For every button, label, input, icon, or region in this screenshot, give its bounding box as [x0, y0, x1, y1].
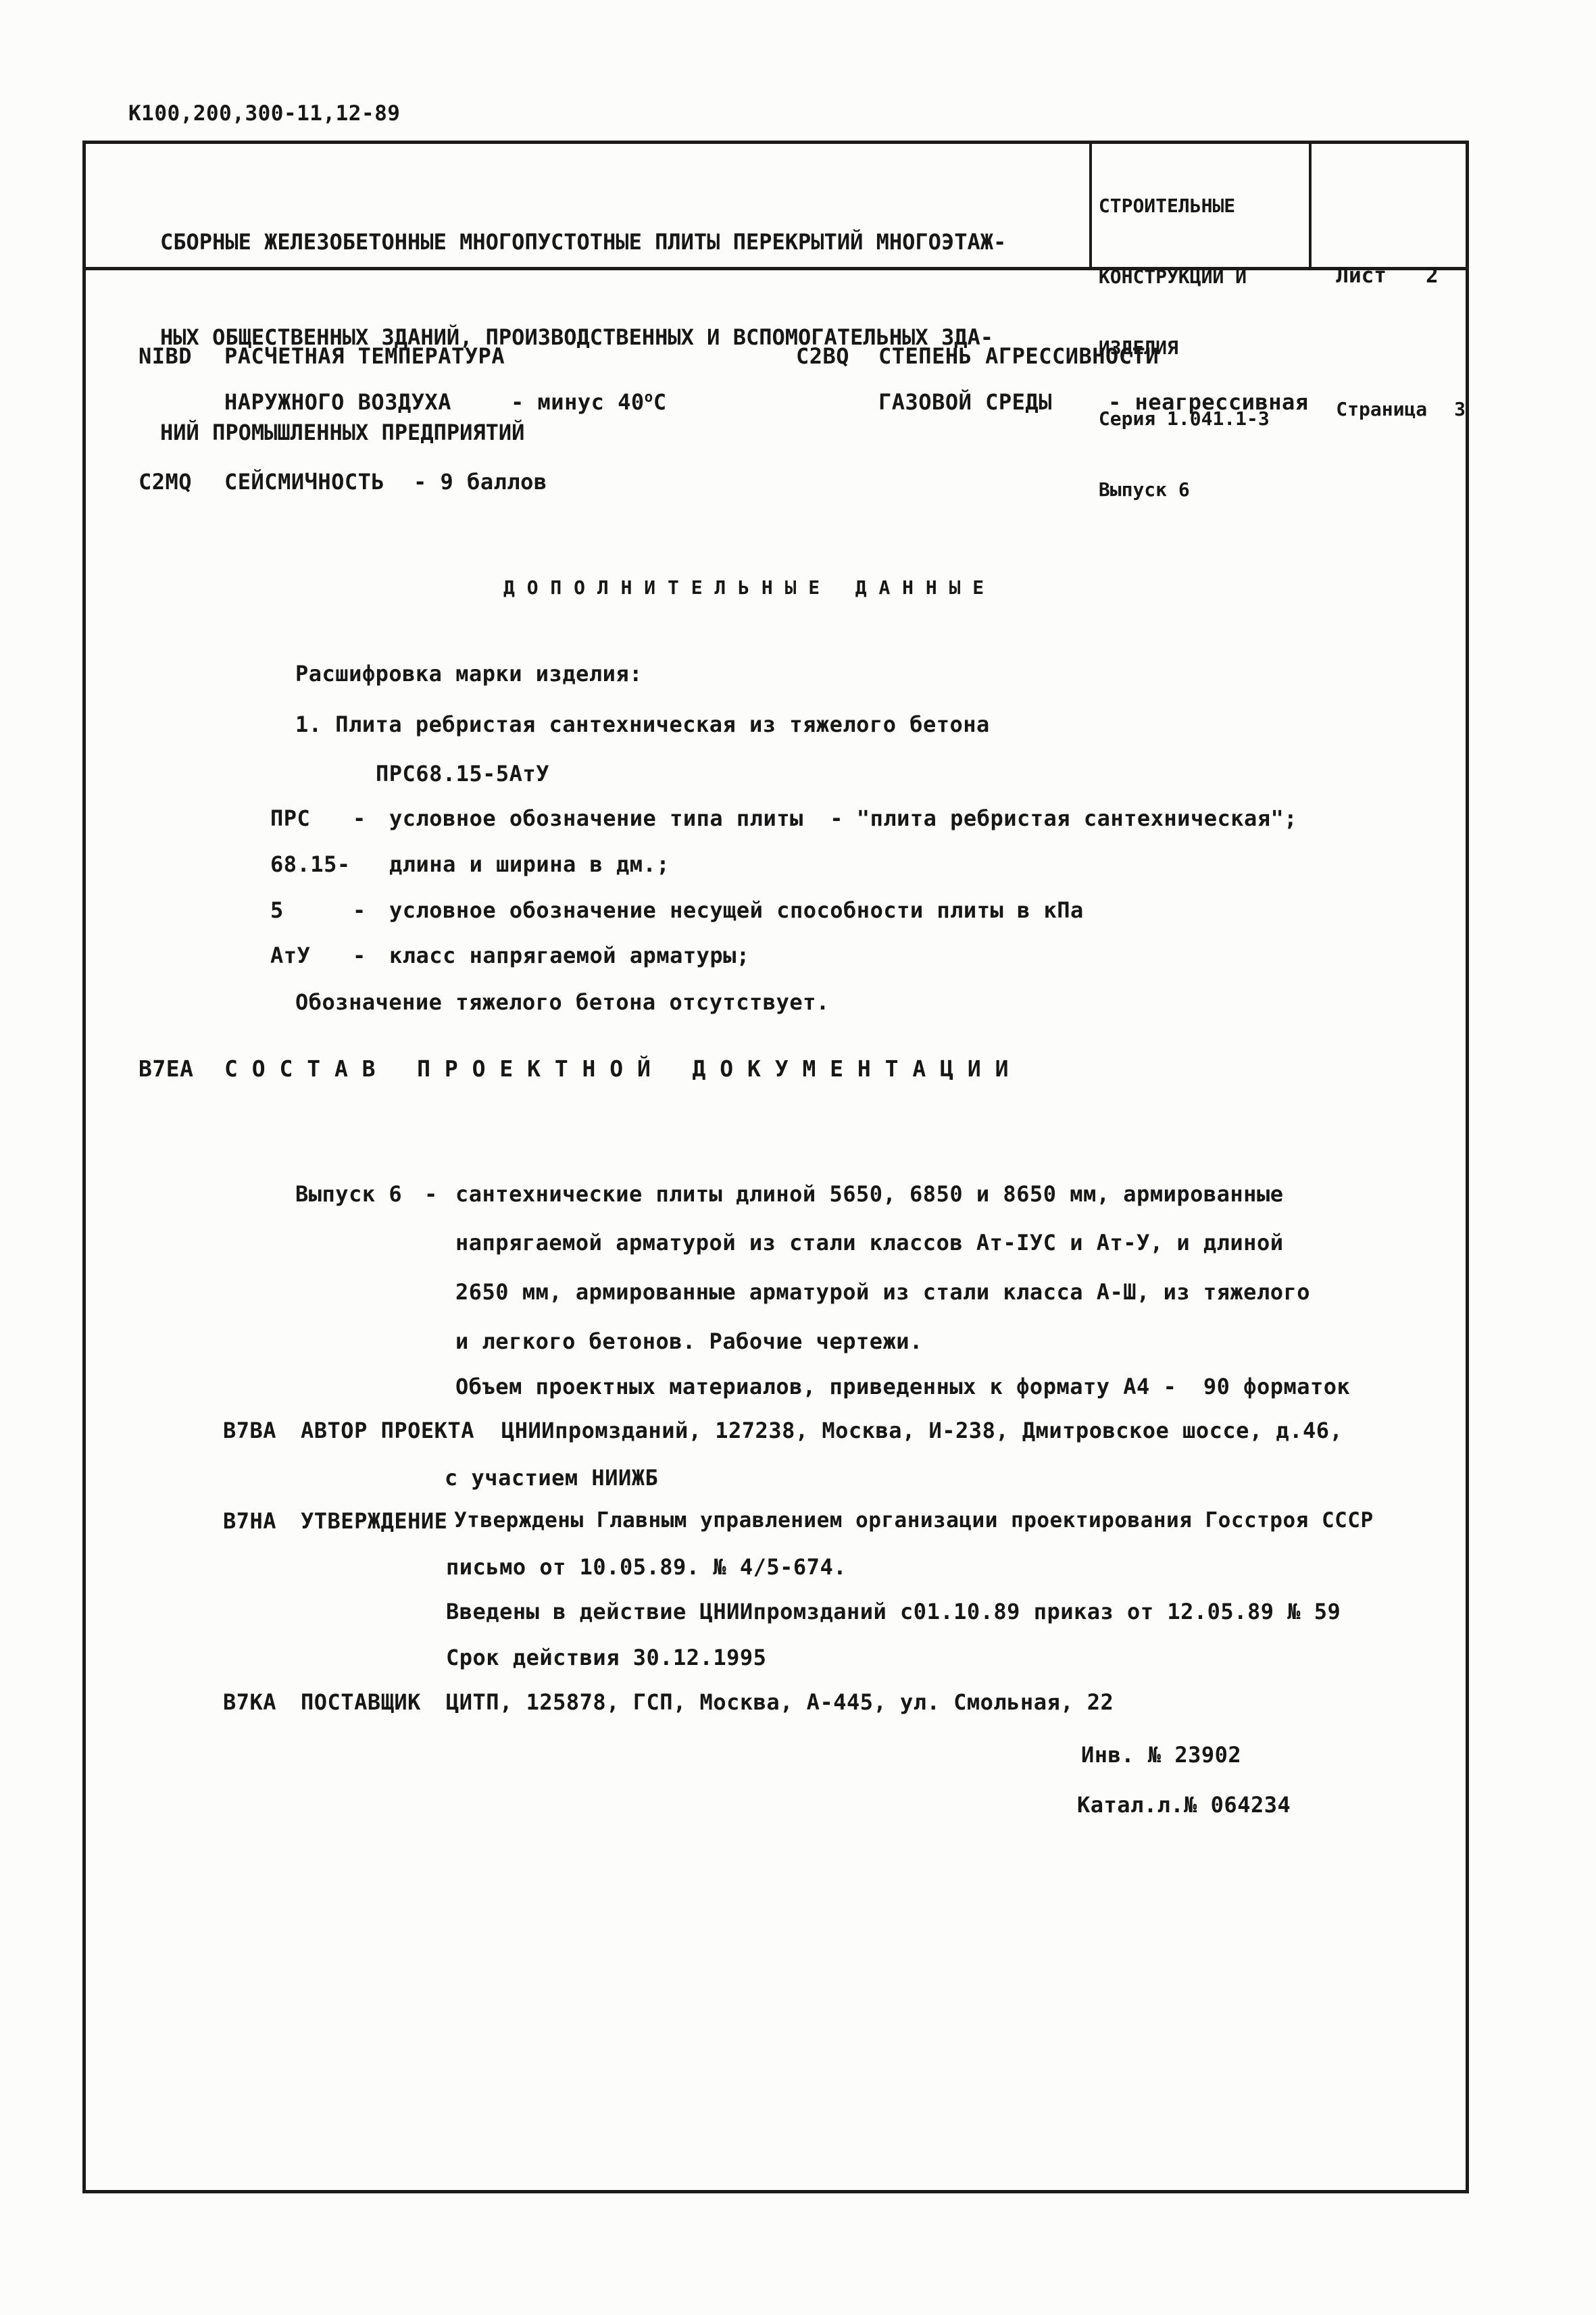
supplier-code: В7КА — [223, 1689, 276, 1715]
param-code-temperature: NIBD — [139, 343, 192, 369]
approval-code: В7НА — [223, 1508, 276, 1534]
def-dash: - — [353, 943, 366, 968]
approval-line: письмо от 10.05.89. № 4/5-674. — [446, 1554, 847, 1580]
author-label: АВТОР ПРОЕКТА — [301, 1418, 474, 1443]
issue-line: Объем проектных материалов, приведенных … — [455, 1374, 1350, 1399]
catalog-number-stamp: Катал.л.№ 064234 — [1077, 1792, 1291, 1818]
issue-term: Выпуск 6 — [295, 1181, 402, 1207]
approval-line: Введены в действие ЦНИИпромзданий с01.10… — [446, 1599, 1341, 1624]
author-line: ЦНИИпромзданий, 127238, Москва, И-238, Д… — [501, 1418, 1343, 1443]
param-seismic-value: - 9 баллов — [414, 469, 547, 495]
header-title-line: НИЙ ПРОМЫШЛЕННЫХ ПРЕДПРИЯТИЙ — [160, 417, 1089, 449]
header-title-cell: СБОРНЫЕ ЖЕЛЕЗОБЕТОННЫЕ МНОГОПУСТОТНЫЕ ПЛ… — [86, 144, 1089, 267]
mark-decoding-intro: Расшифровка марки изделия: — [295, 661, 643, 687]
param-code-seismic: C2MQ — [139, 469, 192, 495]
sheet-number: 2 — [1426, 253, 1439, 298]
param-temperature-name-1: РАСЧЕТНАЯ ТЕМПЕРАТУРА — [224, 343, 505, 369]
author-code: В7ВА — [223, 1418, 276, 1443]
product-mark: ПРС68.15-5АтУ — [376, 761, 549, 787]
param-gas-name-2: ГАЗОВОЙ СРЕДЫ — [878, 389, 1052, 415]
page-label: Страница — [1336, 398, 1427, 420]
param-code-gas: C2BQ — [796, 343, 849, 369]
def-term: ПРС — [270, 805, 310, 831]
classification-line: СТРОИТЕЛЬНЫЕ — [1099, 194, 1309, 218]
composition-heading: С О С Т А В П Р О Е К Т Н О Й Д О К У М … — [224, 1055, 1009, 1082]
issue-dash: - — [424, 1181, 438, 1207]
header-classification-cell: СТРОИТЕЛЬНЫЕ КОНСТРУКЦИИ И ИЗДЕЛИЯ Серия… — [1089, 144, 1309, 267]
classification-line: КОНСТРУКЦИИ И — [1099, 265, 1309, 289]
header-table: СБОРНЫЕ ЖЕЛЕЗОБЕТОННЫЕ МНОГОПУСТОТНЫЕ ПЛ… — [86, 144, 1466, 270]
section-code-composition: В7ЕА — [139, 1055, 193, 1082]
scanned-document-page: К100,200,300-11,12-89 СБОРНЫЕ ЖЕЛЕЗОБЕТО… — [0, 0, 1596, 2315]
supplier-text: ЦИТП, 125878, ГСП, Москва, А-445, ул. См… — [446, 1689, 1114, 1715]
param-gas-name-1: СТЕПЕНЬ АГРЕССИВНОСТИ — [878, 343, 1159, 369]
issue-line: 2650 мм, армированные арматурой из стали… — [455, 1279, 1310, 1305]
supplier-label: ПОСТАВЩИК — [301, 1689, 421, 1715]
issue-line: напрягаемой арматурой из стали классов А… — [455, 1230, 1283, 1255]
header-sheet-cell: Лист2 Страница3 — [1309, 144, 1466, 267]
param-temperature-name-2: НАРУЖНОГО ВОЗДУХА — [224, 389, 451, 415]
sheet-label: Лист — [1336, 264, 1387, 288]
def-term: 68.15- — [270, 851, 351, 877]
additional-data-heading: Д О П О Л Н И Т Е Л Ь Н Ы Е Д А Н Н Ы Е — [503, 576, 984, 599]
def-text: условное обозначение несущей способности… — [389, 897, 1084, 923]
inventory-number-stamp: Инв. № 23902 — [1081, 1742, 1241, 1768]
mark-decoding-item: 1. Плита ребристая сантехническая из тяж… — [295, 712, 990, 737]
author-line: с участием НИИЖБ — [445, 1465, 658, 1491]
degree-superscript: о — [645, 389, 653, 405]
document-frame: СБОРНЫЕ ЖЕЛЕЗОБЕТОННЫЕ МНОГОПУСТОТНЫЕ ПЛ… — [82, 141, 1469, 2193]
issue-line: и легкого бетонов. Рабочие чертежи. — [455, 1328, 923, 1354]
heavy-concrete-note: Обозначение тяжелого бетона отсутствует. — [295, 989, 830, 1015]
page-number: 3 — [1454, 387, 1466, 432]
def-dash: - — [353, 897, 366, 923]
header-title-line: СБОРНЫЕ ЖЕЛЕЗОБЕТОННЫЕ МНОГОПУСТОТНЫЕ ПЛ… — [160, 226, 1089, 258]
issue-line: сантехнические плиты длиной 5650, 6850 и… — [455, 1181, 1283, 1207]
approval-line: Срок действия 30.12.1995 — [446, 1645, 766, 1670]
def-term: АтУ — [270, 943, 310, 968]
param-seismic-name: СЕЙСМИЧНОСТЬ — [224, 469, 384, 495]
issue-label: Выпуск 6 — [1099, 478, 1309, 501]
approval-label: УТВЕРЖДЕНИЕ — [301, 1508, 447, 1534]
sheet-row: Лист2 — [1336, 253, 1466, 298]
def-text: условное обозначение типа плиты - "плита… — [389, 805, 1297, 831]
approval-line: Утверждены Главным управлением организац… — [454, 1508, 1374, 1533]
def-text: длина и ширина в дм.; — [389, 851, 670, 877]
page-row: Страница3 — [1336, 387, 1466, 432]
def-term: 5 — [270, 897, 284, 923]
param-temperature-value: - минус 40оС — [511, 389, 667, 415]
def-dash: - — [353, 805, 366, 831]
doc-number: К100,200,300-11,12-89 — [128, 101, 400, 126]
def-text: класс напрягаемой арматуры; — [389, 943, 750, 968]
param-gas-value: - неагрессивная — [1108, 389, 1308, 415]
